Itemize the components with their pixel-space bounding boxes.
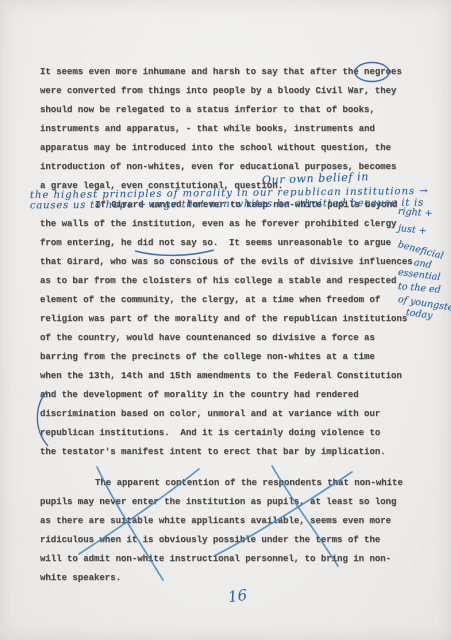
handwritten-margin-note: right +just +beneficialandessentialto th… bbox=[398, 205, 450, 319]
typed-line: element of the community, the clergy, at… bbox=[40, 291, 425, 310]
typed-line: white speakers. bbox=[40, 569, 425, 588]
typed-line: religion was part of the morality and of… bbox=[40, 310, 425, 329]
typed-line: will to admit non-white instructional pe… bbox=[40, 550, 425, 569]
typed-line: when the 13th, 14th and 15th amendments … bbox=[40, 367, 425, 386]
typed-line: The apparent contention of the responden… bbox=[40, 474, 425, 493]
typed-line: and the development of morality in the c… bbox=[40, 386, 425, 405]
typed-line: pupils may never enter the institution a… bbox=[40, 493, 425, 512]
typed-line: the testator's manifest intent to erect … bbox=[40, 443, 425, 462]
typed-line: instruments and apparatus, - that while … bbox=[40, 120, 425, 139]
typed-line: apparatus may be introduced into the sch… bbox=[40, 139, 425, 158]
typed-line: ridiculous when it is obviously possible… bbox=[40, 531, 425, 550]
typed-line: from entering, he did not say so. It see… bbox=[40, 234, 425, 253]
handwritten-page-number: 16 bbox=[227, 586, 248, 606]
typed-text-block: It seems even more inhumane and harsh to… bbox=[40, 63, 425, 588]
document-page: It seems even more inhumane and harsh to… bbox=[0, 0, 451, 640]
typed-line: republican institutions. And it is certa… bbox=[40, 424, 425, 443]
typed-line: should now be relegated to a status infe… bbox=[40, 101, 425, 120]
typed-line: as to bar from the cloisters of his coll… bbox=[40, 272, 425, 291]
typed-line: were converted from things into people b… bbox=[40, 82, 425, 101]
typed-line: the walls of the institution, even as he… bbox=[40, 215, 425, 234]
typed-line: barring from the precincts of the colleg… bbox=[40, 348, 425, 367]
typed-line: discrimination based on color, unmoral a… bbox=[40, 405, 425, 424]
margin-note-word: just + bbox=[397, 222, 450, 240]
margin-note-word: right + bbox=[398, 205, 451, 222]
typed-line: It seems even more inhumane and harsh to… bbox=[40, 63, 425, 82]
typed-line: of the country, would have countenanced … bbox=[40, 329, 425, 348]
typed-line: that Girard, who was so conscious of the… bbox=[40, 253, 425, 272]
typed-line: as there are suitable white applicants a… bbox=[40, 512, 425, 531]
